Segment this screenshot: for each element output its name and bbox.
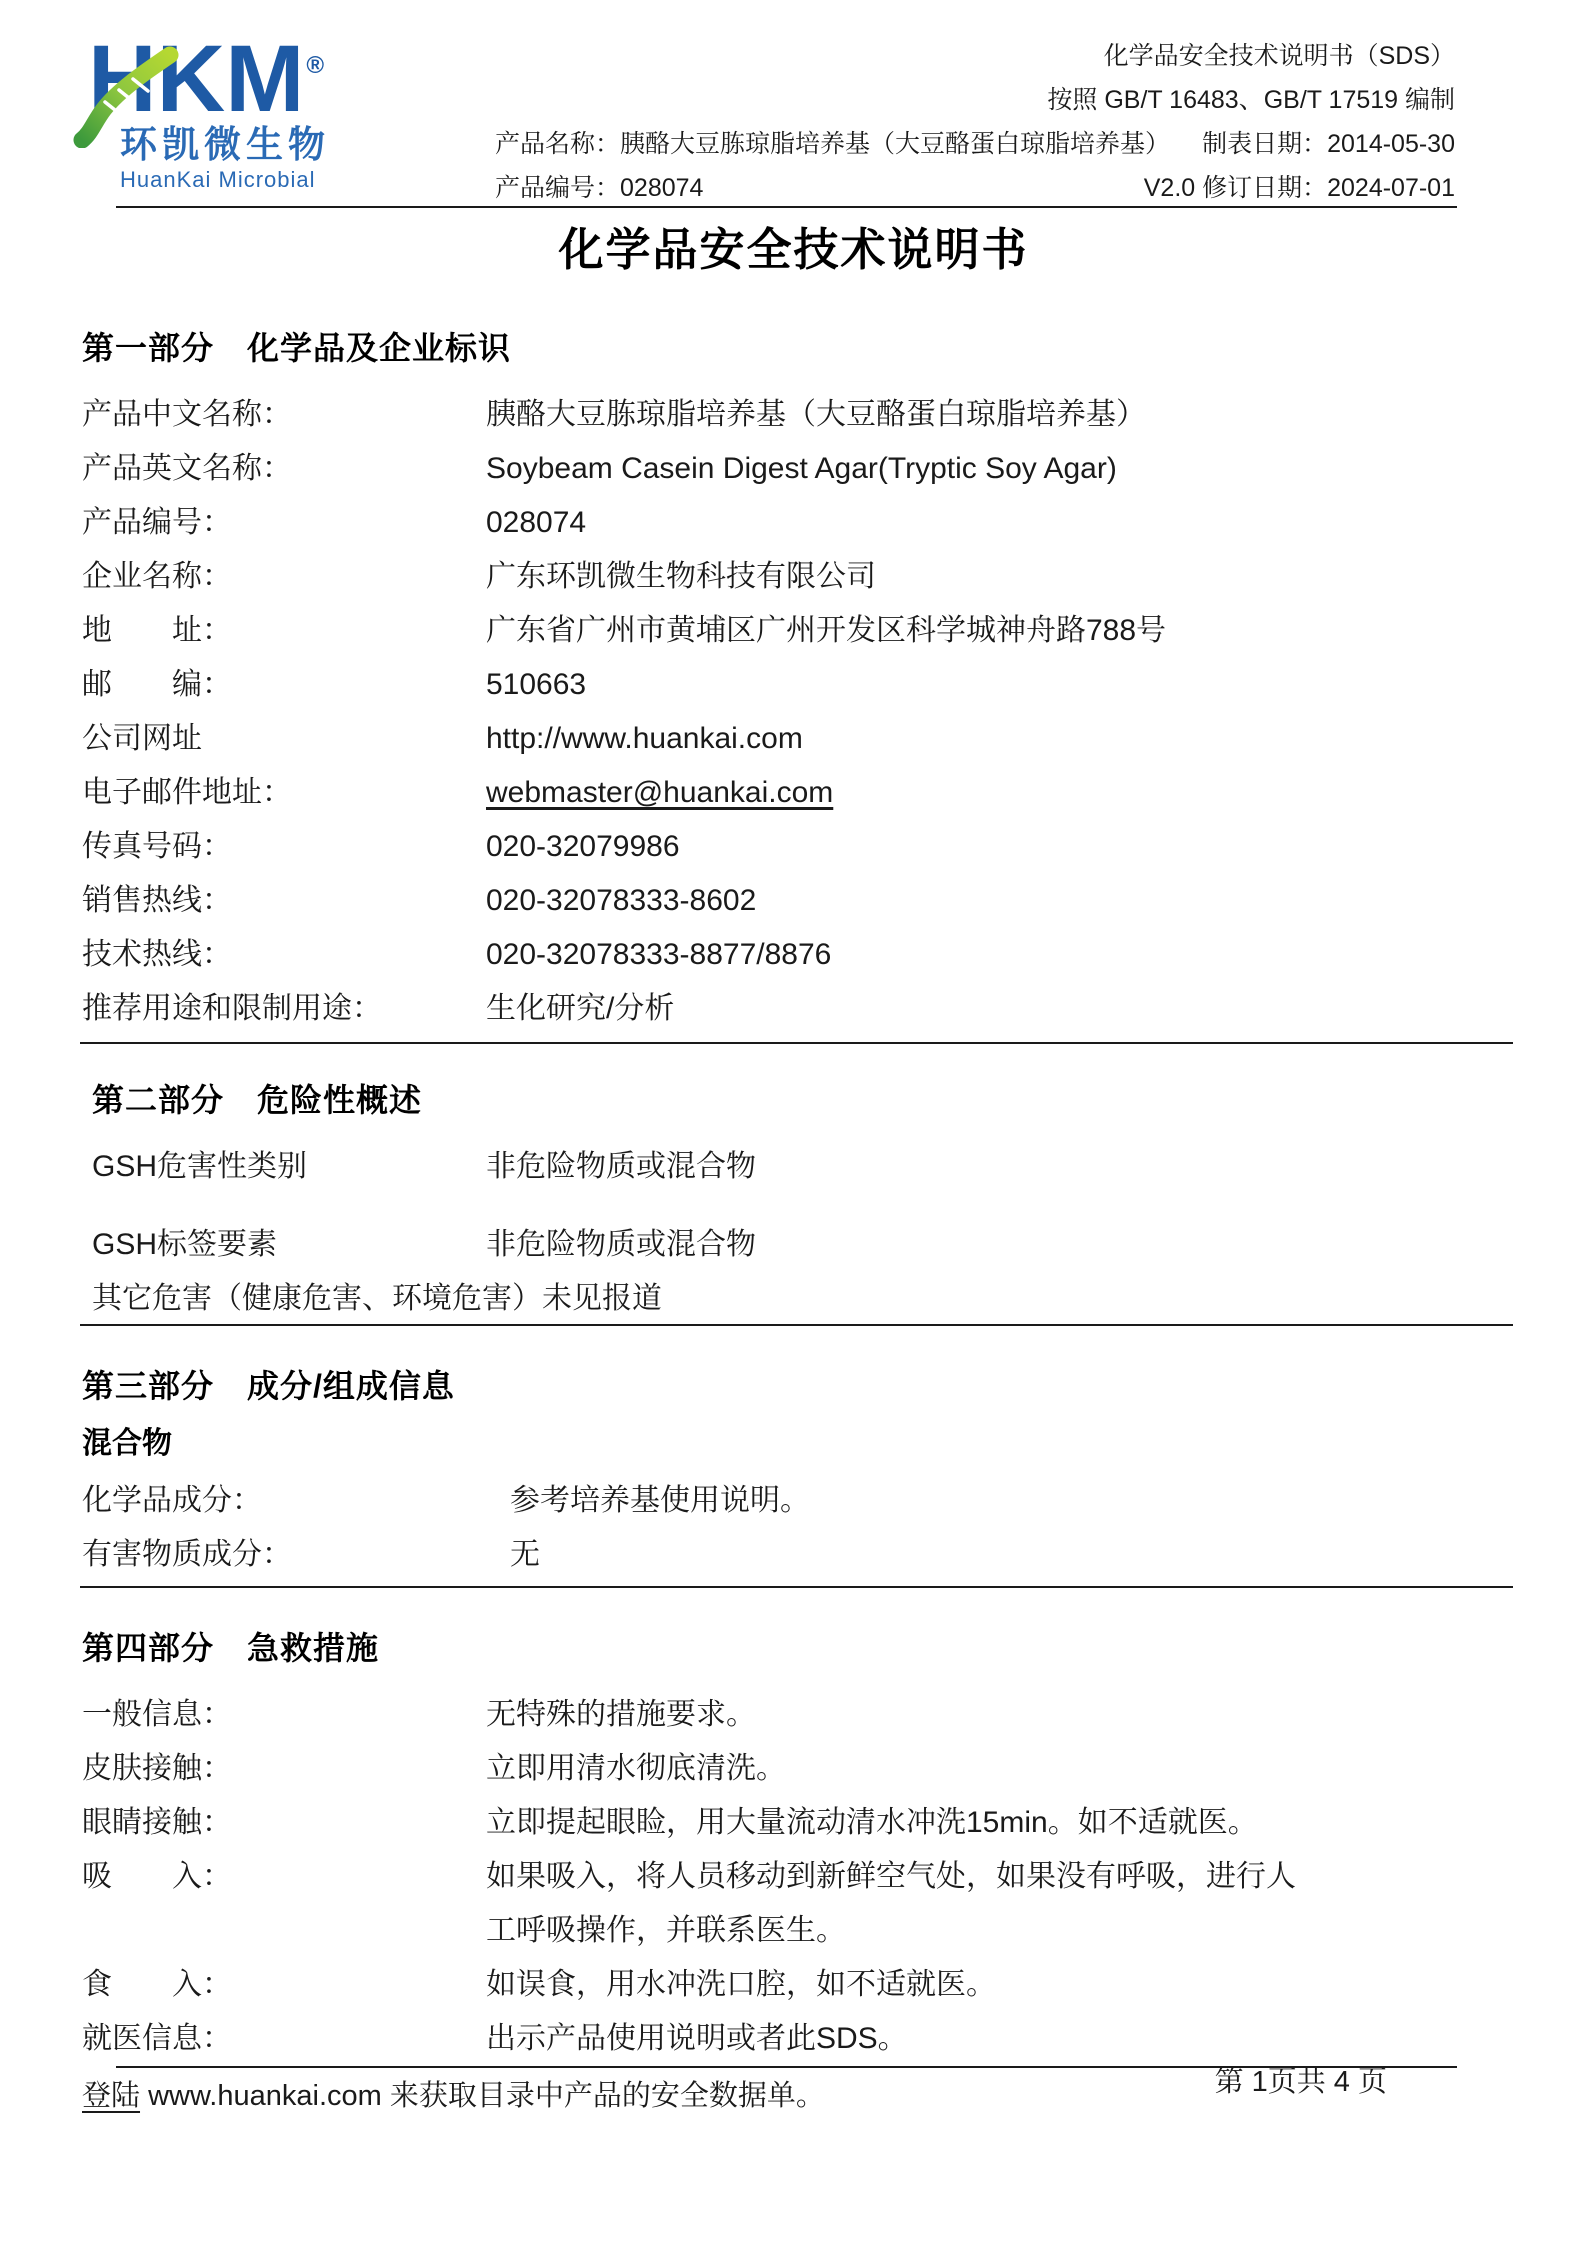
field-row: GSH危害性类别非危险物质或混合物 [92, 1140, 1513, 1194]
field-label: 有害物质成分： [82, 1528, 486, 1582]
sds-document-page: HKM® 环凯微生物 HuanKai Microbial 化学品安全技术说明书（… [0, 0, 1587, 2245]
header-divider [116, 206, 1457, 208]
field-value: 出示产品使用说明或者此SDS。 [486, 2012, 1513, 2066]
company-website-link[interactable]: http://www.huankai.com [486, 712, 1513, 766]
field-value: 020-32079986 [486, 820, 1513, 874]
revision-label: V2.0 修订日期： [1144, 174, 1327, 202]
field-value: 020-32078333-8602 [486, 874, 1513, 928]
logo-english-name: HuanKai Microbial [76, 167, 376, 193]
header-info-block: 化学品安全技术说明书（SDS） 按照 GB/T 16483、GB/T 17519… [495, 34, 1455, 210]
field-value: 如误食，用水冲洗口腔，如不适就医。 [486, 1958, 1513, 2012]
product-name-row: 产品名称：胰酪大豆胨琼脂培养基（大豆酪蛋白琼脂培养基） 制表日期：2014-05… [495, 122, 1455, 166]
revision-date-value: 2024-07-01 [1327, 174, 1455, 202]
field-label: 地 址： [82, 604, 486, 658]
field-label: 电子邮件地址： [82, 766, 486, 820]
field-row: 公司网址http://www.huankai.com [82, 712, 1513, 766]
field-label: GSH危害性类别 [92, 1140, 486, 1194]
product-name: 产品名称：胰酪大豆胨琼脂培养基（大豆酪蛋白琼脂培养基） [495, 122, 1170, 166]
section-heading: 第三部分 成分/组成信息 [82, 1368, 1513, 1404]
product-code-row: 产品编号：028074 V2.0 修订日期：2024-07-01 [495, 166, 1455, 210]
product-code-label: 产品编号： [495, 174, 620, 202]
section-divider [80, 1586, 1513, 1588]
page-number: 第 1页共 4 页 [1215, 2064, 1387, 2100]
field-label: 化学品成分： [82, 1474, 486, 1528]
page-title: 化学品安全技术说明书 [0, 224, 1587, 276]
field-value: 020-32078333-8877/8876 [486, 928, 1513, 982]
field-row: 产品英文名称：Soybeam Casein Digest Agar(Trypti… [82, 442, 1513, 496]
field-value: 未见报道 [542, 1272, 1513, 1326]
field-row: 化学品成分：参考培养基使用说明。 [82, 1474, 1513, 1528]
section-composition: 第三部分 成分/组成信息 混合物 化学品成分：参考培养基使用说明。 有害物质成分… [82, 1368, 1513, 1582]
field-row: 电子邮件地址：webmaster@huankai.com [82, 766, 1513, 820]
compiled-standard: 按照 GB/T 16483、GB/T 17519 编制 [495, 78, 1455, 122]
field-value: 立即提起眼睑，用大量流动清水冲洗15min。如不适就医。 [486, 1796, 1513, 1850]
field-label: 技术热线： [82, 928, 486, 982]
field-value: 无 [486, 1528, 1513, 1582]
footer-note-text: www.huankai.com 来获取目录中产品的安全数据单。 [140, 2080, 825, 2112]
field-value: 无特殊的措施要求。 [486, 1688, 1513, 1742]
field-row: 销售热线：020-32078333-8602 [82, 874, 1513, 928]
field-value: 胰酪大豆胨琼脂培养基（大豆酪蛋白琼脂培养基） [486, 388, 1513, 442]
section-divider [80, 1324, 1513, 1326]
field-label: 推荐用途和限制用途： [82, 982, 486, 1036]
field-label: 产品英文名称： [82, 442, 486, 496]
field-label: 吸 入： [82, 1850, 486, 1958]
product-name-value: 胰酪大豆胨琼脂培养基（大豆酪蛋白琼脂培养基） [620, 130, 1170, 158]
field-label: 产品编号： [82, 496, 486, 550]
field-value: 如果吸入，将人员移动到新鲜空气处，如果没有呼吸，进行人工呼吸操作，并联系医生。 [486, 1850, 1310, 1958]
field-row: 一般信息：无特殊的措施要求。 [82, 1688, 1513, 1742]
field-value: 生化研究/分析 [486, 982, 1513, 1036]
field-label: 皮肤接触： [82, 1742, 486, 1796]
section-identification: 第一部分 化学品及企业标识 产品中文名称：胰酪大豆胨琼脂培养基（大豆酪蛋白琼脂培… [82, 330, 1513, 1036]
field-value: 立即用清水彻底清洗。 [486, 1742, 1513, 1796]
field-value: 非危险物质或混合物 [486, 1218, 1513, 1272]
section-heading: 第二部分 危险性概述 [92, 1082, 1513, 1118]
doc-type: 化学品安全技术说明书（SDS） [495, 34, 1455, 78]
field-row: 眼睛接触：立即提起眼睑，用大量流动清水冲洗15min。如不适就医。 [82, 1796, 1513, 1850]
made-date-value: 2014-05-30 [1327, 130, 1455, 158]
field-row: 产品编号：028074 [82, 496, 1513, 550]
email-link[interactable]: webmaster@huankai.com [486, 766, 1513, 820]
field-value: 参考培养基使用说明。 [486, 1474, 1513, 1528]
field-label: 其它危害（健康危害、环境危害） [92, 1272, 542, 1326]
product-code-value: 028074 [620, 174, 703, 202]
section-hazards: 第二部分 危险性概述 GSH危害性类别非危险物质或混合物 GSH标签要素非危险物… [82, 1082, 1513, 1326]
field-row: 食 入：如误食，用水冲洗口腔，如不适就医。 [82, 1958, 1513, 2012]
field-label: 销售热线： [82, 874, 486, 928]
field-value: 广东省广州市黄埔区广州开发区科学城神舟路788号 [486, 604, 1513, 658]
field-row: 地 址：广东省广州市黄埔区广州开发区科学城神舟路788号 [82, 604, 1513, 658]
product-name-label: 产品名称： [495, 130, 620, 158]
company-logo: HKM® 环凯微生物 HuanKai Microbial [76, 28, 376, 193]
made-date-label: 制表日期： [1202, 130, 1327, 158]
hkm-wordmark: HKM® [76, 28, 376, 117]
field-row: 传真号码：020-32079986 [82, 820, 1513, 874]
field-label: 就医信息： [82, 2012, 486, 2066]
hkm-letters: HKM [88, 26, 304, 132]
field-label: 产品中文名称： [82, 388, 486, 442]
field-row: 邮 编：510663 [82, 658, 1513, 712]
field-row: 其它危害（健康危害、环境危害）未见报道 [92, 1272, 1513, 1326]
revision-date: V2.0 修订日期：2024-07-01 [1144, 166, 1455, 210]
product-code: 产品编号：028074 [495, 166, 703, 210]
section-first-aid: 第四部分 急救措施 一般信息：无特殊的措施要求。 皮肤接触：立即用清水彻底清洗。… [82, 1630, 1513, 2066]
field-label: 一般信息： [82, 1688, 486, 1742]
made-date: 制表日期：2014-05-30 [1202, 122, 1455, 166]
field-label: 传真号码： [82, 820, 486, 874]
section-divider [80, 1042, 1513, 1044]
field-value: 510663 [486, 658, 1513, 712]
field-label: GSH标签要素 [92, 1218, 486, 1272]
footer-login-link[interactable]: 登陆 [82, 2080, 140, 2112]
field-label: 邮 编： [82, 658, 486, 712]
section-heading: 第四部分 急救措施 [82, 1630, 1513, 1666]
field-value: 广东环凯微生物科技有限公司 [486, 550, 1513, 604]
field-row: 产品中文名称：胰酪大豆胨琼脂培养基（大豆酪蛋白琼脂培养基） [82, 388, 1513, 442]
field-row: 就医信息：出示产品使用说明或者此SDS。 [82, 2012, 1513, 2066]
subsection-heading: 混合物 [82, 1426, 1513, 1462]
field-value: 非危险物质或混合物 [486, 1140, 1513, 1194]
field-row: 有害物质成分：无 [82, 1528, 1513, 1582]
field-label: 企业名称： [82, 550, 486, 604]
field-row: 推荐用途和限制用途：生化研究/分析 [82, 982, 1513, 1036]
field-row: GSH标签要素非危险物质或混合物 [92, 1218, 1513, 1272]
field-row: 企业名称：广东环凯微生物科技有限公司 [82, 550, 1513, 604]
field-label: 公司网址 [82, 712, 486, 766]
footer-note: 登陆 www.huankai.com 来获取目录中产品的安全数据单。 [82, 2078, 825, 2114]
field-row: 吸 入：如果吸入，将人员移动到新鲜空气处，如果没有呼吸，进行人工呼吸操作，并联系… [82, 1850, 1513, 1958]
field-value: 028074 [486, 496, 1513, 550]
field-row: 技术热线：020-32078333-8877/8876 [82, 928, 1513, 982]
field-label: 食 入： [82, 1958, 486, 2012]
section-heading: 第一部分 化学品及企业标识 [82, 330, 1513, 366]
registered-trademark: ® [306, 52, 324, 79]
field-value: Soybeam Casein Digest Agar(Tryptic Soy A… [486, 442, 1513, 496]
field-row: 皮肤接触：立即用清水彻底清洗。 [82, 1742, 1513, 1796]
field-label: 眼睛接触： [82, 1796, 486, 1850]
